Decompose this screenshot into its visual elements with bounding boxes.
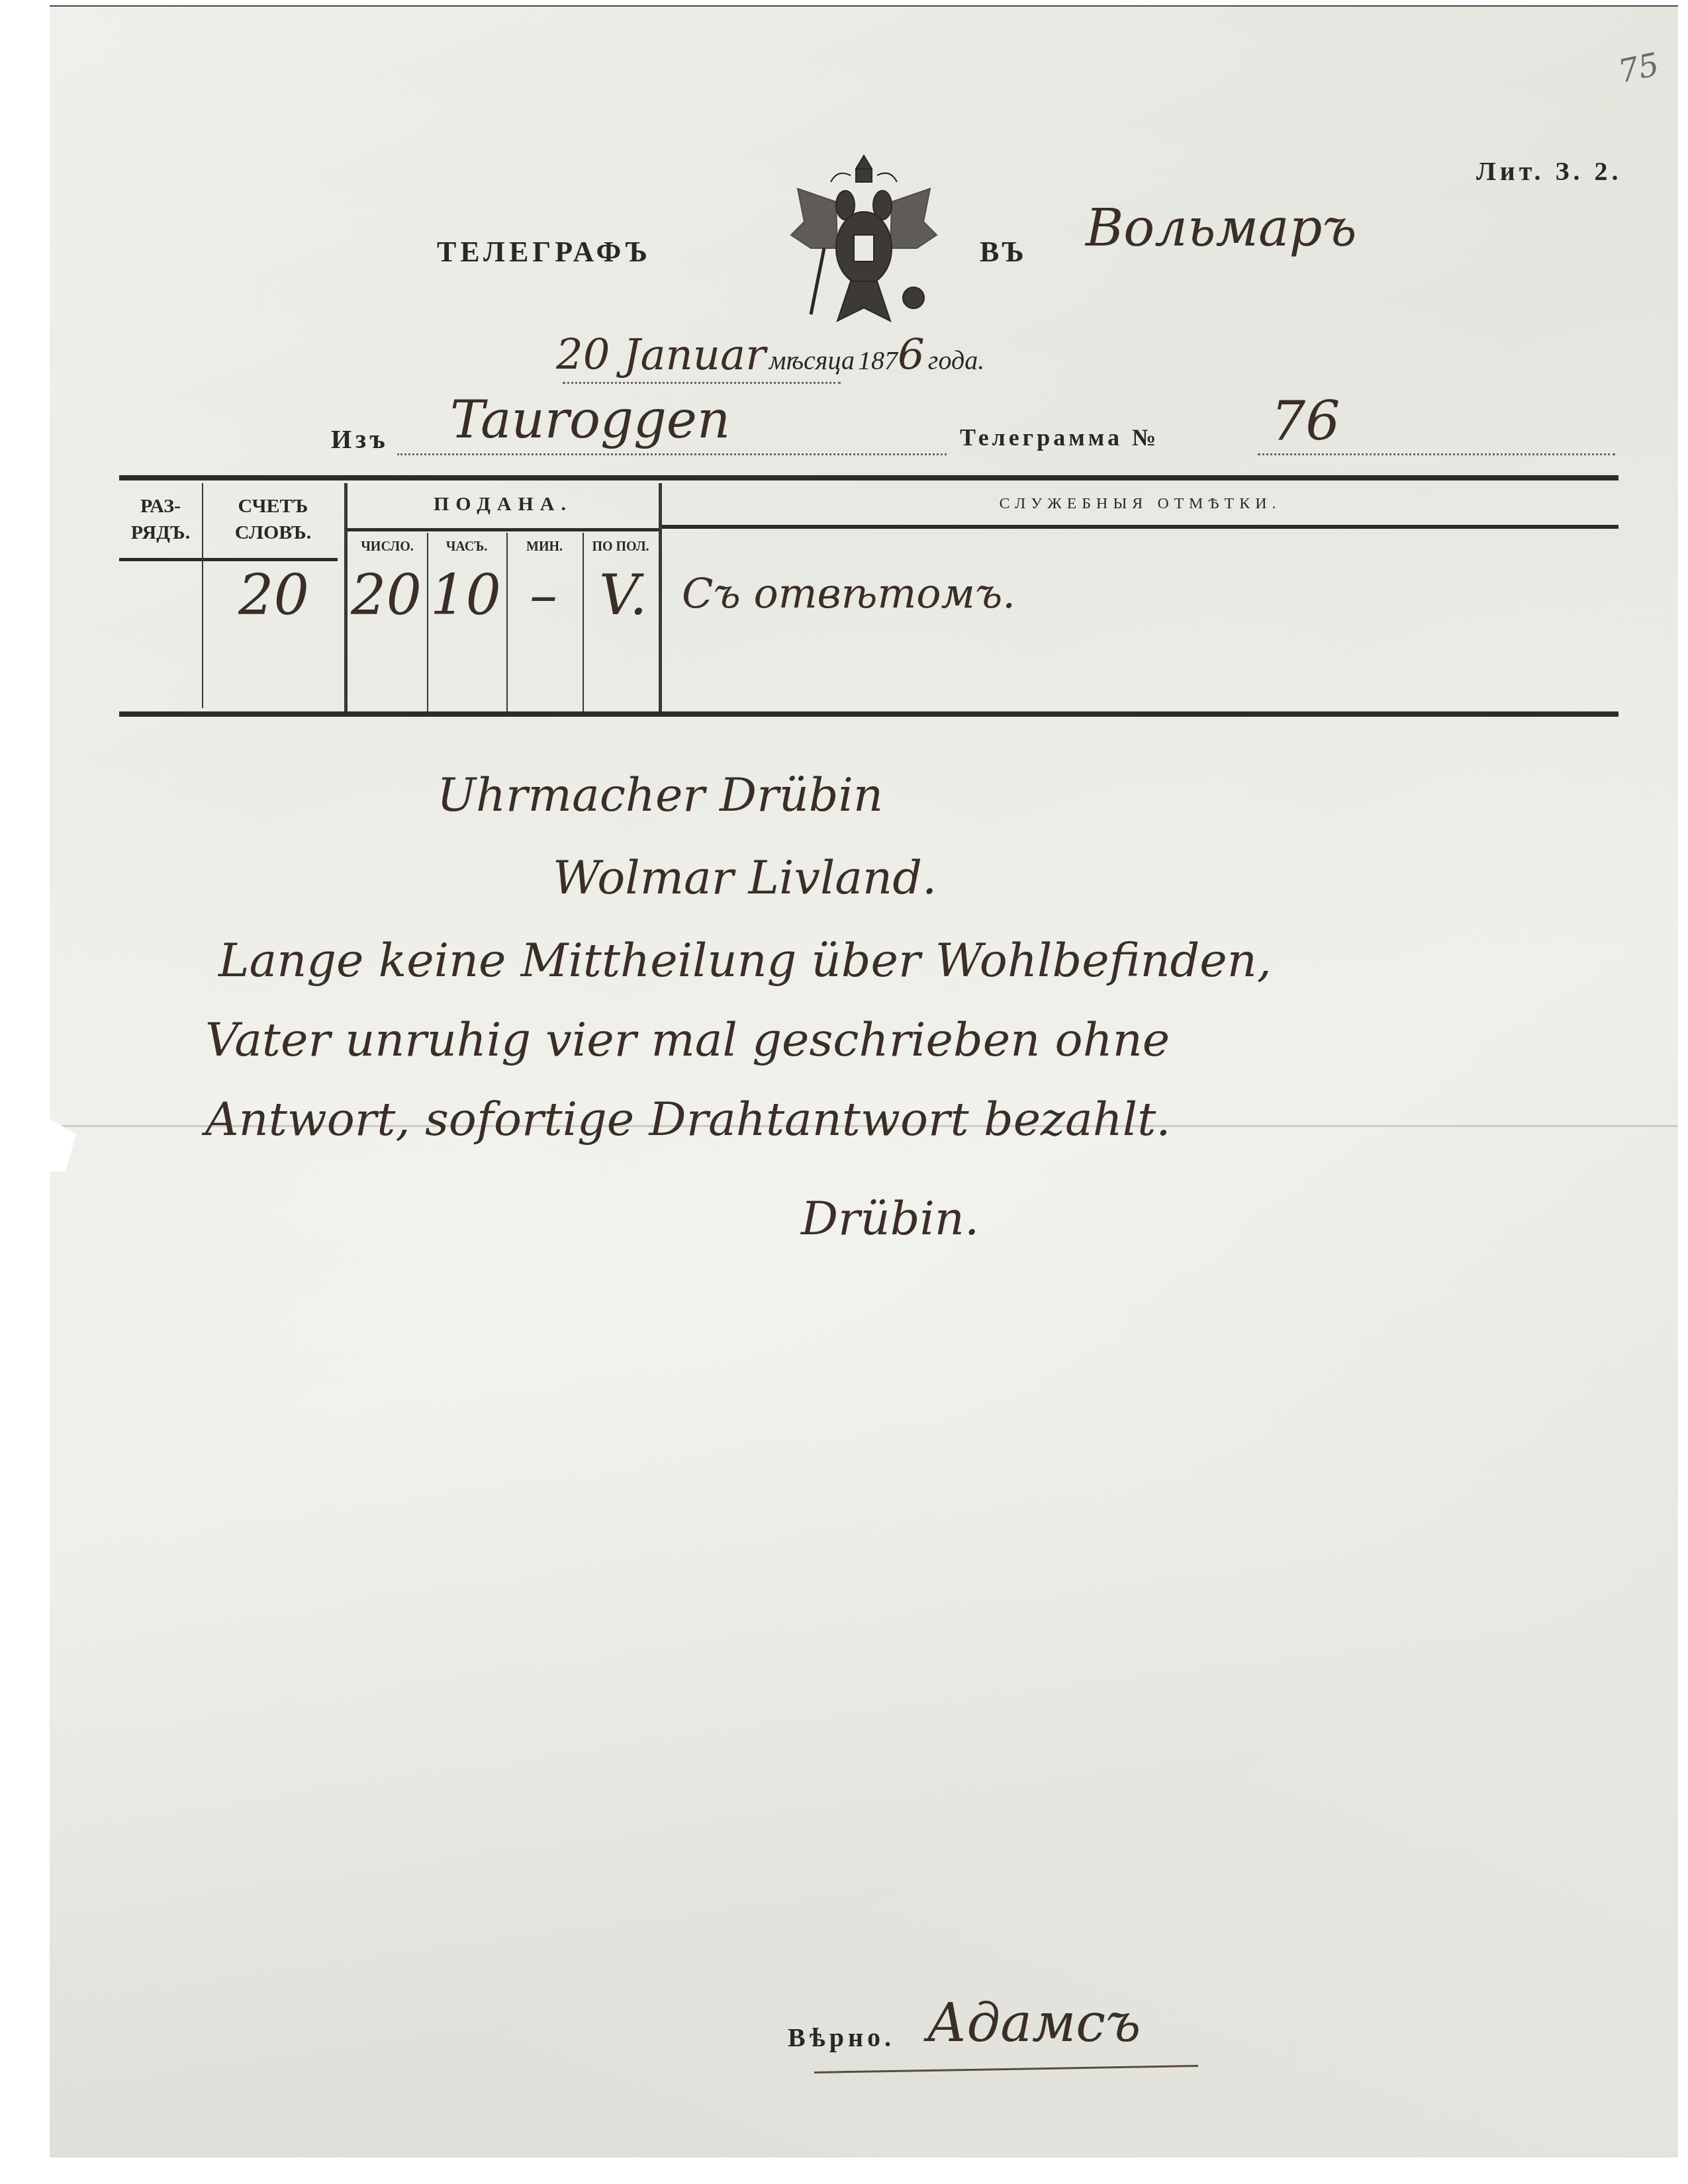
destination-place: Вольмаръ (1086, 199, 1357, 258)
double-headed-eagle-icon (784, 149, 943, 341)
day-value: 20 (351, 563, 422, 627)
telegram-label: Телеграмма № (960, 424, 1159, 451)
header-minute: МИН. (506, 539, 583, 555)
address: Wolmar Livland. (553, 850, 937, 905)
date-line: 20 Januar мѣсяца 1876 года. (556, 331, 984, 380)
minute-value: – (530, 563, 557, 627)
header-submitted: ПОДАНА. (348, 493, 659, 516)
origin-place: Tauroggen (450, 390, 730, 450)
table-header-rule-left (119, 558, 338, 561)
from-label: Изъ (331, 424, 389, 455)
col-divider (506, 533, 508, 711)
header-hour: ЧАСЪ. (427, 539, 506, 555)
table-bottom-rule (119, 711, 1618, 717)
date-dotted-line (563, 382, 841, 384)
year-prefix: 187 (858, 345, 898, 375)
header-service-notes: СЛУЖЕБНЫЯ ОТМѢТКИ. (662, 495, 1618, 513)
telegram-label-text: Телеграмма (960, 424, 1123, 451)
podana-sub-rule (348, 528, 659, 531)
month-label: мѣсяца (769, 345, 855, 375)
message-line-2: Vater unruhig vier mal geschrieben ohne (205, 1013, 1170, 1067)
addressee: Uhrmacher Drübin (437, 768, 883, 822)
hour-value: 10 (430, 563, 501, 627)
form-code: Лит. З. 2. (1476, 156, 1622, 187)
number-sign: № (1132, 424, 1159, 451)
official-signature: Адамсъ (927, 1992, 1141, 2054)
header-category: РАЗ- РЯДЪ. (119, 493, 202, 546)
half-day-value: V. (599, 563, 647, 627)
certified-label: Вѣрно. (788, 2022, 895, 2053)
header-half-day: ПО ПОЛ. (583, 539, 659, 555)
origin-dotted-line (397, 453, 947, 455)
telegram-number: 76 (1271, 390, 1340, 453)
service-note-value: Съ отвѣтомъ. (682, 569, 1015, 617)
header-day: ЧИСЛО. (348, 539, 427, 555)
col-divider (659, 483, 662, 711)
word-count-value: 20 (238, 563, 309, 627)
form-title: ТЕЛЕГРАФЪ (437, 235, 651, 269)
destination-label: ВЪ (980, 235, 1028, 269)
col-divider (583, 533, 584, 711)
message-line-3: Antwort, sofortige Drahtantwort bezahlt. (205, 1092, 1171, 1146)
date-day-month: 20 Januar (556, 331, 766, 380)
number-dotted-line (1258, 453, 1615, 455)
year-digit: 6 (898, 331, 925, 380)
sender-signature: Drübin. (801, 1191, 979, 1246)
table-top-rule (119, 475, 1618, 480)
col-divider (344, 483, 348, 711)
service-header-rule (662, 525, 1618, 529)
col-divider (427, 533, 428, 711)
year-label: года. (928, 345, 984, 375)
message-line-1: Lange keine Mittheilung über Wohlbefinde… (218, 933, 1272, 987)
header-word-count: СЧЕТЪ СЛОВЪ. (202, 493, 344, 546)
